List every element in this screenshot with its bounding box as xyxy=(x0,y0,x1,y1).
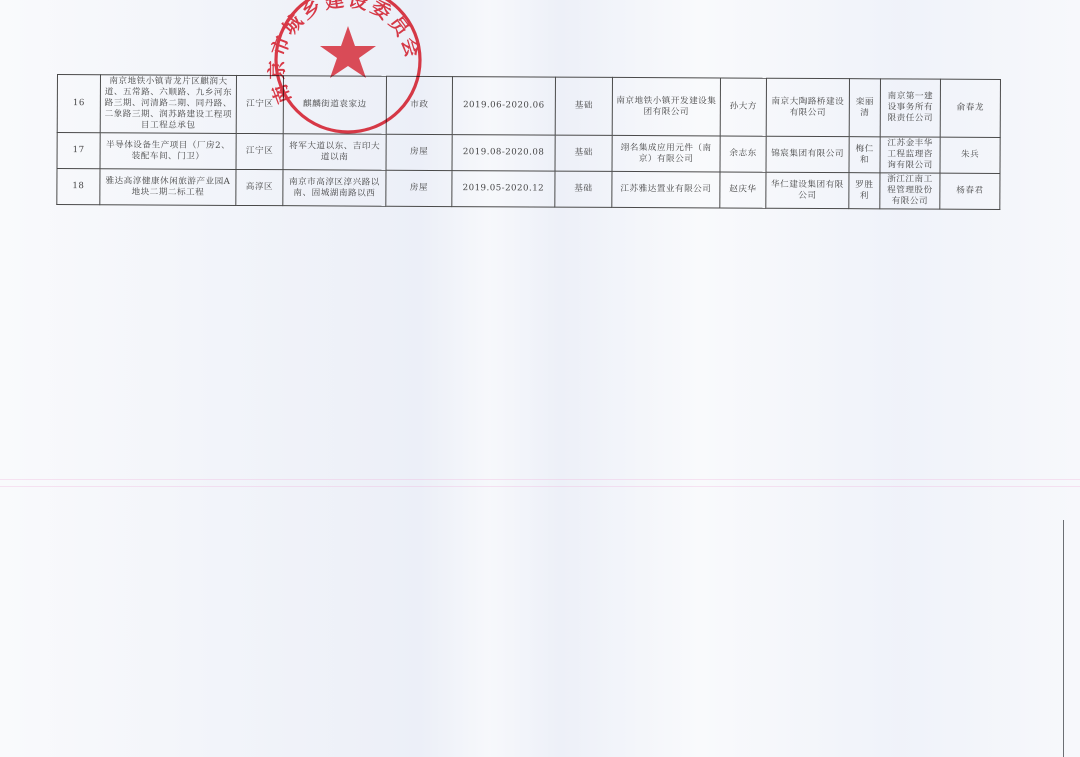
table-row: 18 雅达高淳健康休闲旅游产业园A地块二期二标工程 高淳区 南京市高淳区淳兴路以… xyxy=(57,169,1000,210)
category: 市政 xyxy=(386,76,452,134)
contractor: 华仁建设集团有限公司 xyxy=(766,172,849,208)
project-name: 半导体设备生产项目（厂房2、装配车间、门卫） xyxy=(100,133,236,170)
table-row: 16 南京地铁小镇青龙片区麒润大道、五常路、六顺路、九乡河东路三期、河清路二期、… xyxy=(57,75,1000,138)
project-name: 雅达高淳健康休闲旅游产业园A地块二期二标工程 xyxy=(100,169,236,206)
scan-streak xyxy=(0,486,1080,487)
supervisor: 浙江江南工程管理股份有限公司 xyxy=(880,173,940,209)
builder-contact: 余志东 xyxy=(720,136,766,172)
location: 南京市高淳区淳兴路以南、固城湖南路以西 xyxy=(283,170,386,207)
row-number: 18 xyxy=(57,169,100,205)
contractor-contact: 梅仁和 xyxy=(849,137,880,173)
project-record-table: 16 南京地铁小镇青龙片区麒润大道、五常路、六顺路、九乡河东路三期、河清路二期、… xyxy=(56,74,1001,210)
table-row: 17 半导体设备生产项目（厂房2、装配车间、门卫） 江宁区 将军大道以东、吉印大… xyxy=(57,133,1000,174)
district: 江宁区 xyxy=(236,75,283,133)
supervisor: 南京第一建设事务所有限责任公司 xyxy=(880,79,940,137)
builder: 南京地铁小镇开发建设集团有限公司 xyxy=(612,77,720,136)
scan-streak xyxy=(0,479,1080,480)
page-edge-line xyxy=(1063,520,1064,757)
period: 2019.06-2020.06 xyxy=(452,77,555,136)
stage: 基础 xyxy=(555,77,612,135)
period: 2019.08-2020.08 xyxy=(452,135,555,172)
supervisor-contact: 朱兵 xyxy=(940,137,1000,173)
stage: 基础 xyxy=(555,171,612,207)
row-number: 16 xyxy=(57,75,100,133)
contractor: 锦宸集团有限公司 xyxy=(766,136,849,172)
row-number: 17 xyxy=(57,133,100,169)
builder: 江苏雅达置业有限公司 xyxy=(612,171,720,208)
supervisor-contact: 杨春君 xyxy=(940,173,1000,209)
star-icon xyxy=(320,26,376,78)
builder-contact: 孙大方 xyxy=(720,78,766,136)
supervisor: 江苏金丰华工程监理咨询有限公司 xyxy=(880,137,940,173)
category: 房屋 xyxy=(386,170,452,206)
location: 麒麟街道袁家边 xyxy=(283,76,386,135)
project-name: 南京地铁小镇青龙片区麒润大道、五常路、六顺路、九乡河东路三期、河清路二期、同丹路… xyxy=(100,75,236,134)
contractor: 南京大陶路桥建设有限公司 xyxy=(766,78,849,136)
district: 高淳区 xyxy=(236,169,283,205)
location: 将军大道以东、吉印大道以南 xyxy=(283,134,386,171)
contractor-contact: 栾丽清 xyxy=(849,79,880,137)
district: 江宁区 xyxy=(236,133,283,169)
builder-contact: 赵庆华 xyxy=(720,172,766,208)
contractor-contact: 罗胜利 xyxy=(849,173,880,209)
scanned-page: 16 南京地铁小镇青龙片区麒润大道、五常路、六顺路、九乡河东路三期、河清路二期、… xyxy=(0,0,1080,757)
stage: 基础 xyxy=(555,135,612,171)
builder: 翊名集成应用元件（南京）有限公司 xyxy=(612,135,720,172)
category: 房屋 xyxy=(386,134,452,170)
period: 2019.05-2020.12 xyxy=(452,171,555,208)
supervisor-contact: 俞春龙 xyxy=(940,79,1000,137)
